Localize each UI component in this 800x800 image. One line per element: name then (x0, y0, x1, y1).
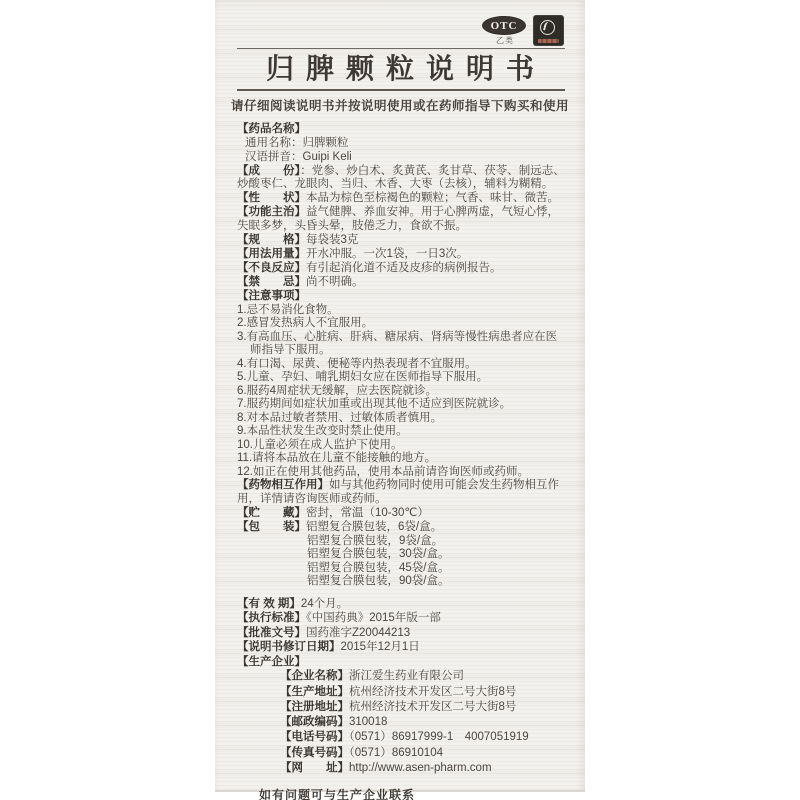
precaution-item: 8.对本品过敏者禁用、过敏体质者慎用。 (237, 412, 565, 426)
section-drug-name: 【药品名称】 (237, 123, 565, 137)
header-divider (237, 48, 565, 49)
section-ingredients: 【成 份】：党参、炒白术、炙黄芪、炙甘草、茯苓、制远志、炒酸枣仁、龙眼肉、当归、… (237, 165, 565, 192)
packaging-line: 铝塑复合膜包装，30袋/盒。 (237, 548, 565, 562)
field-label: 【电话号码】 (280, 731, 349, 743)
section-label: 【用法用量】 (237, 248, 306, 260)
packaging-line: 铝塑复合膜包装，45袋/盒。 (237, 562, 565, 576)
section-manufacturer: 【生产企业】 (237, 655, 565, 669)
precaution-item: 3.有高血压、心脏病、肝病、糖尿病、肾病等慢性病患者应在医师指导下服用。 (237, 331, 565, 358)
section-contraindications: 【禁 忌】尚不明确。 (237, 276, 565, 290)
section-label: 【执行标准】 (237, 612, 306, 624)
precaution-item: 1.忌不易消化食物。 (237, 304, 565, 318)
leaflet-paper: OTC 乙类 归脾颗粒说明书 请仔细阅读说明书并按说明使用或在药师指导下购买和使… (215, 0, 585, 792)
section-label: 【有 效 期】 (237, 598, 301, 610)
section-dosage: 【用法用量】开水冲服。一次1袋，一日3次。 (237, 248, 565, 262)
section-storage: 【贮 藏】密封，常温（10-30℃） (237, 507, 565, 521)
section-approval-number: 【批准文号】国药准字Z20044213 (237, 626, 565, 640)
website-row: 【网 址】http://www.asen-pharm.com (280, 761, 565, 776)
packaging-line: 铝塑复合膜包装，9袋/盒。 (237, 535, 565, 549)
precaution-item: 10.儿童必须在成人监护下使用。 (237, 439, 565, 453)
section-description: 【性 状】本品为棕色至棕褐色的颗粒；气香、味甘、微苦。 (237, 192, 565, 206)
field-label: 【网 址】 (280, 762, 349, 774)
section-label: 【贮 藏】 (237, 507, 306, 519)
precaution-item: 7.服药期间如症状加重或出现其他不适应到医院就诊。 (237, 398, 565, 412)
registered-address-row: 【注册地址】杭州经济技术开发区二号大街8号 (280, 700, 565, 715)
precaution-item: 4.有口渴、尿黄、便秘等内热表现者不宜服用。 (237, 358, 565, 372)
section-label: 【规 格】 (237, 234, 306, 246)
field-label: 【生产地址】 (280, 686, 349, 698)
fax-row: 【传真号码】（0571）86910104 (280, 746, 565, 761)
field-label: 【传真号码】 (280, 747, 349, 759)
section-indications: 【功能主治】益气健脾、养血安神。用于心脾两虚，气短心悸，失眠多梦，头昏头晕，肢倦… (237, 206, 565, 233)
header-badges: OTC 乙类 (215, 1, 585, 47)
logo-caption (538, 39, 559, 43)
precaution-item: 11.请将本品放在儿童不能接触的地方。 (237, 452, 565, 466)
section-label: 【不良反应】 (237, 262, 306, 274)
precaution-item: 9.本品性状发生改变时禁止使用。 (237, 425, 565, 439)
precaution-item: 6.服药4周症状无缓解，应去医院就诊。 (237, 385, 565, 399)
otc-class-label: 乙类 (482, 35, 528, 46)
phone-row: 【电话号码】（0571）86917999-1 4007051919 (280, 730, 565, 745)
section-label: 【功能主治】 (237, 206, 306, 218)
otc-label: OTC (491, 20, 518, 32)
section-label: 【药物相互作用】 (237, 479, 329, 491)
logo-swirl-icon (540, 20, 555, 35)
section-standard: 【执行标准】《中国药典》2015年版一部 (237, 611, 565, 625)
generic-name-line: 通用名称：归脾颗粒 (237, 137, 565, 151)
section-label: 【禁 忌】 (237, 276, 306, 288)
otc-badge: OTC 乙类 (482, 16, 528, 46)
section-specification: 【规 格】每袋装3克 (237, 234, 565, 248)
section-label: 【性 状】 (237, 192, 306, 204)
leaflet-content: 【药品名称】 通用名称：归脾颗粒 汉语拼音：Guipi Keli 【成 份】：党… (215, 123, 585, 800)
field-label: 【注册地址】 (280, 701, 349, 713)
usage-notice: 请仔细阅读说明书并按说明使用或在药师指导下购买和使用 (215, 96, 585, 114)
section-precautions: 【注意事项】 (237, 290, 565, 304)
contact-footer-note: 如有问题可与生产企业联系 (259, 786, 565, 800)
precaution-item: 12.如正在使用其他药品，使用本品前请咨询医师或药师。 (237, 466, 565, 480)
section-label: 【成 份】 (237, 165, 300, 177)
otc-icon: OTC (482, 16, 526, 35)
section-label: 【说明书修订日期】 (237, 641, 341, 653)
registry-block: 【有 效 期】24个月。 【执行标准】《中国药典》2015年版一部 【批准文号】… (237, 597, 565, 669)
production-address-row: 【生产地址】杭州经济技术开发区二号大街8号 (280, 685, 565, 700)
precaution-item: 5.儿童、孕妇、哺乳期妇女应在医师指导下服用。 (237, 371, 565, 385)
section-shelf-life: 【有 效 期】24个月。 (237, 597, 565, 611)
section-drug-interaction: 【药物相互作用】如与其他药物同时使用可能会发生药物相互作用，详情请咨询医师或药师… (237, 479, 565, 506)
title-underline (237, 89, 565, 91)
section-adverse-reactions: 【不良反应】有引起消化道不适及皮疹的病例报告。 (237, 262, 565, 276)
postal-code-row: 【邮政编码】310018 (280, 715, 565, 730)
field-label: 【企业名称】 (280, 670, 349, 682)
pinyin-line: 汉语拼音：Guipi Keli (237, 151, 565, 165)
section-label: 【药品名称】 (237, 123, 306, 135)
section-label: 【包 装】 (237, 521, 306, 533)
section-revision-date: 【说明书修订日期】2015年12月1日 (237, 640, 565, 654)
company-info-block: 【企业名称】浙江爱生药业有限公司 【生产地址】杭州经济技术开发区二号大街8号 【… (280, 669, 565, 776)
section-packaging: 【包 装】铝塑复合膜包装，6袋/盒。 (237, 521, 565, 535)
company-name-row: 【企业名称】浙江爱生药业有限公司 (280, 669, 565, 684)
brand-seal-logo-icon (534, 16, 563, 45)
field-label: 【邮政编码】 (280, 716, 349, 728)
section-label: 【批准文号】 (237, 627, 306, 639)
page-title: 归脾颗粒说明书 (215, 54, 585, 85)
precaution-item: 2.感冒发热病人不宜服用。 (237, 317, 565, 331)
packaging-line: 铝塑复合膜包装，90袋/盒。 (237, 575, 565, 589)
section-label: 【生产企业】 (237, 656, 306, 668)
section-label: 【注意事项】 (237, 290, 306, 302)
